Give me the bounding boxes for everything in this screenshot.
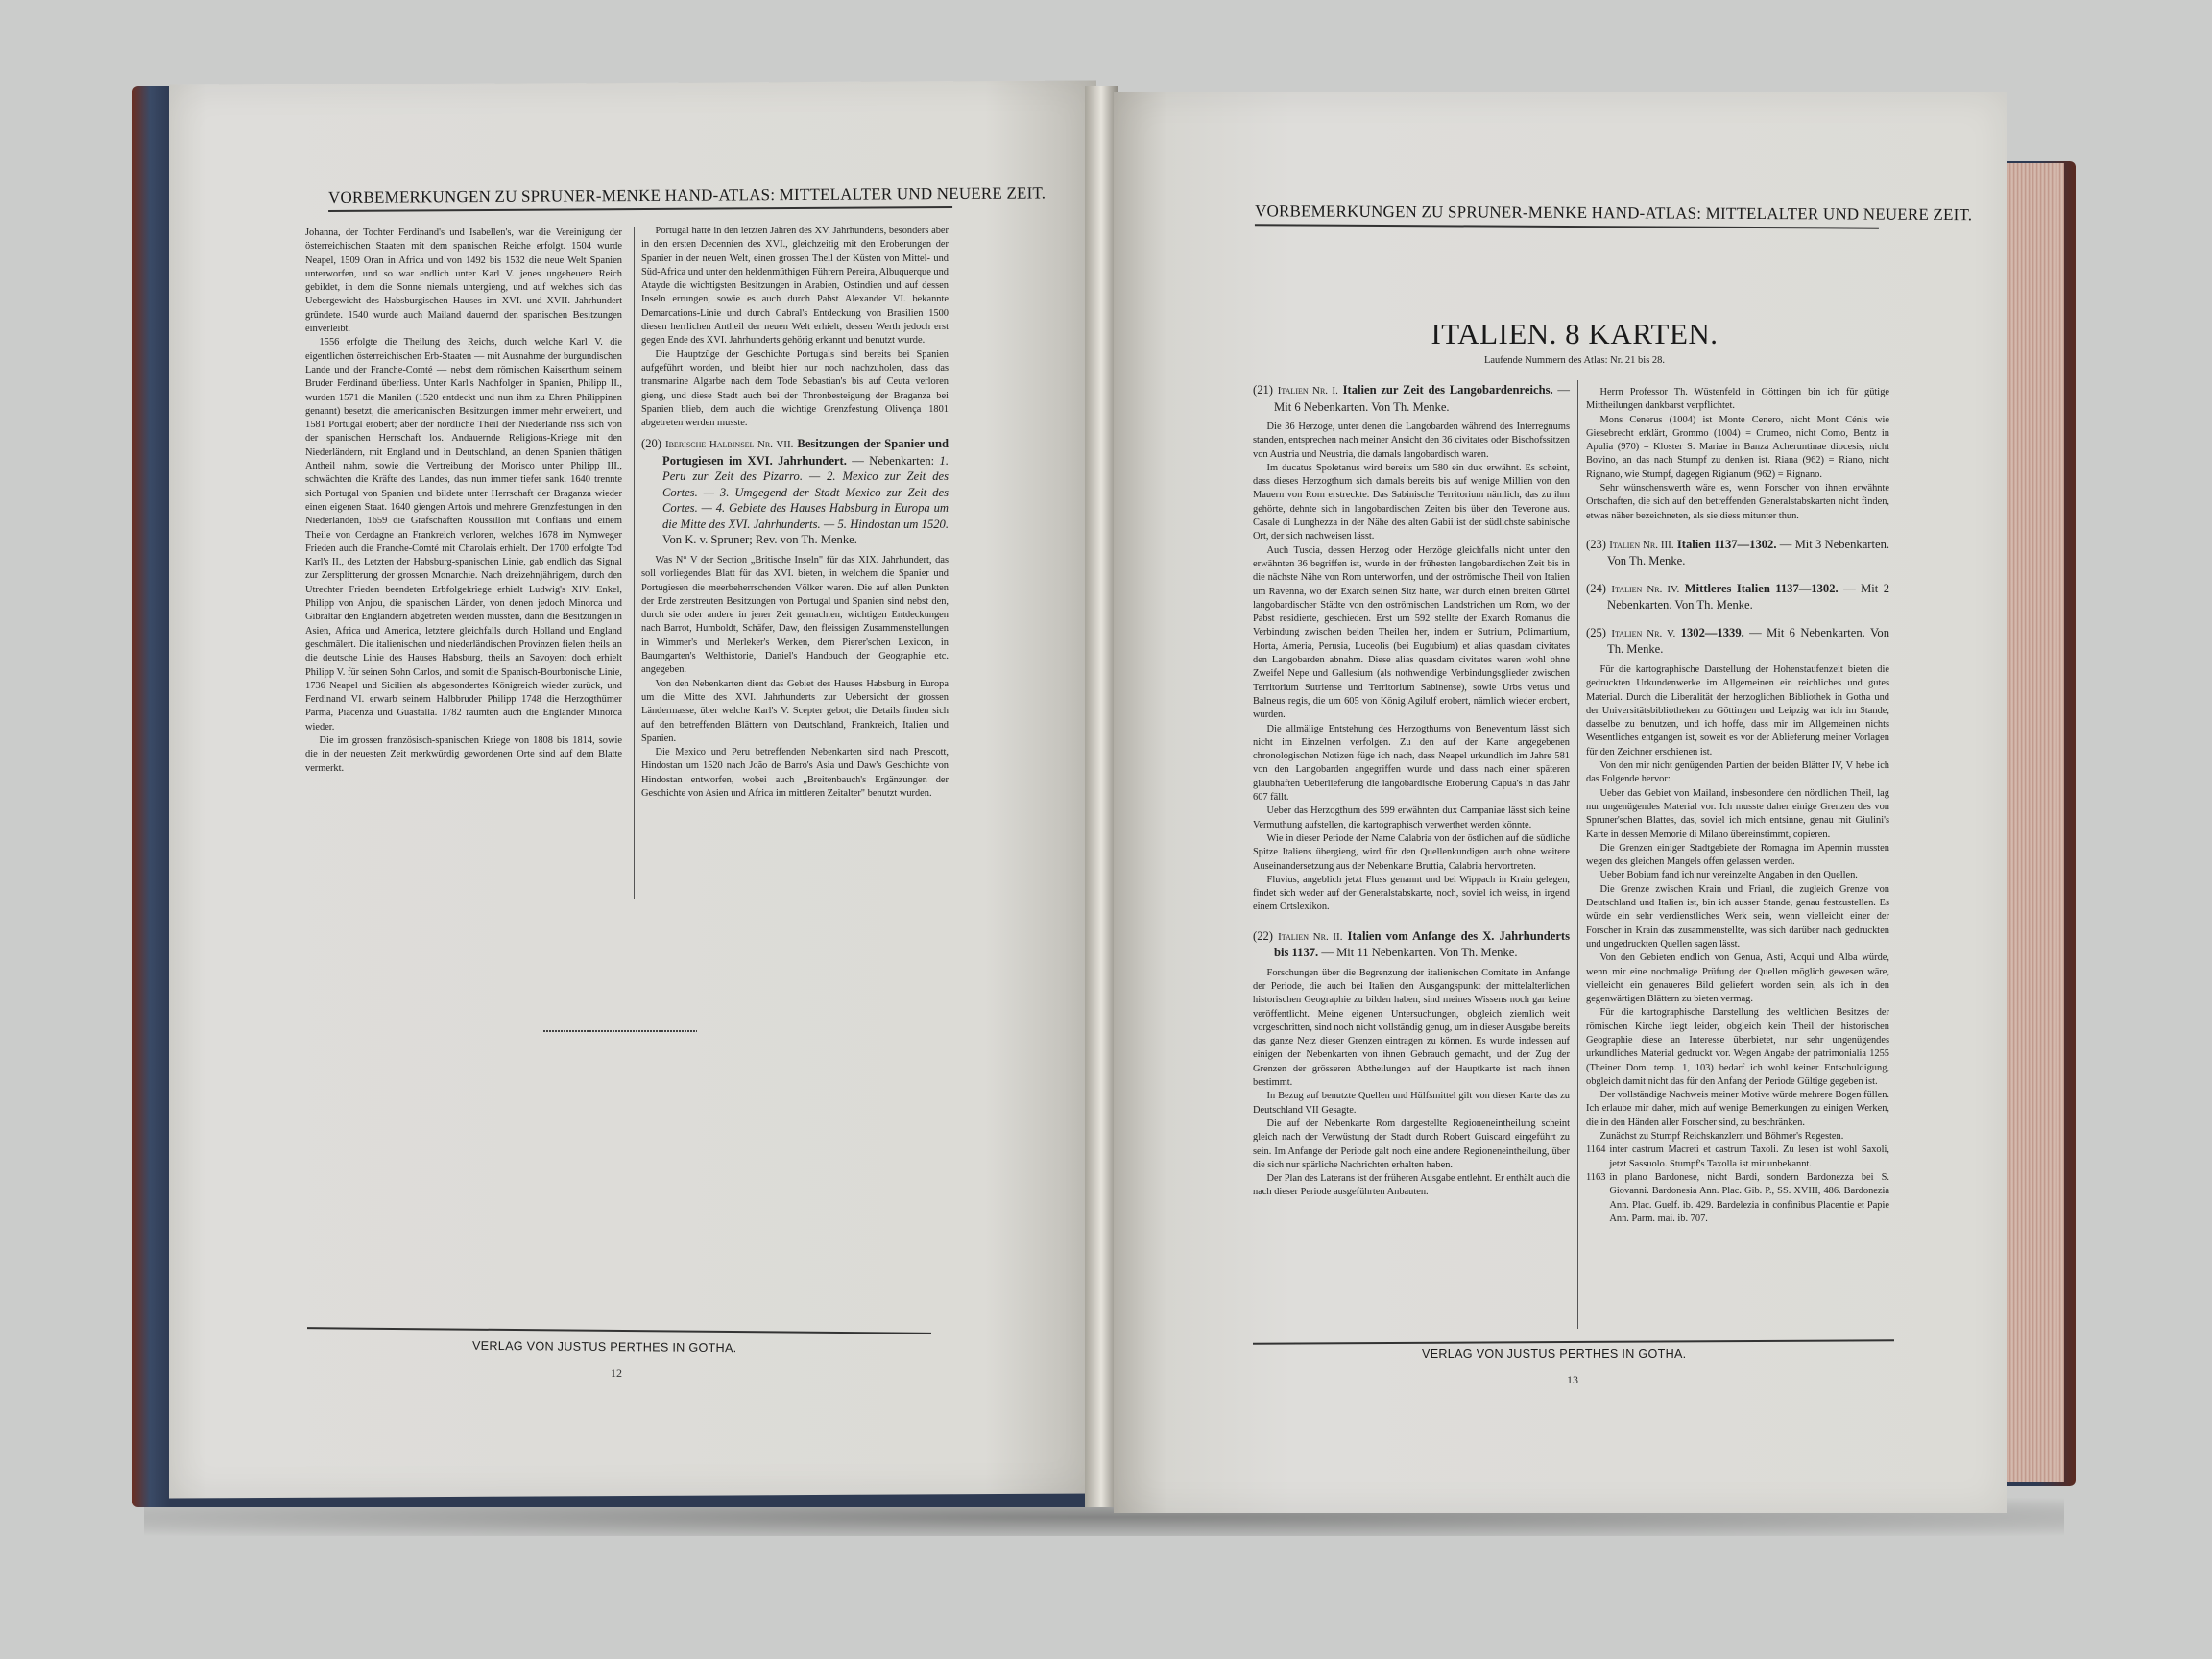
page-edges <box>2007 163 2064 1482</box>
paragraph: Portugal hatte in den letzten Jahren des… <box>641 225 949 349</box>
paragraph: Ueber das Herzogthum des 599 erwähnten d… <box>1253 805 1570 832</box>
note-1164: 1164 inter castrum Macreti et castrum Ta… <box>1586 1143 1889 1171</box>
paragraph: Der vollständige Nachweis meiner Motive … <box>1586 1089 1889 1130</box>
publisher-left: VERLAG VON JUSTUS PERTHES IN GOTHA. <box>472 1339 737 1355</box>
paragraph: Herrn Professor Th. Wüstenfeld in Göttin… <box>1586 386 1889 414</box>
section-title: ITALIEN. 8 KARTEN. <box>1248 317 1901 351</box>
paragraph: Die Grenze zwischen Krain und Friaul, di… <box>1586 883 1889 951</box>
page-number-left: 12 <box>611 1366 622 1381</box>
map-entry-24: (24) Italien Nr. IV. Mittleres Italien 1… <box>1586 581 1889 613</box>
map-entry-21: (21) Italien Nr. I. Italien zur Zeit des… <box>1253 382 1570 415</box>
map-entry-25: (25) Italien Nr. V. 1302—1339. — Mit 6 N… <box>1586 625 1889 658</box>
map-entry-20: (20) Iberische Halbinsel Nr. VII. Besitz… <box>641 436 949 548</box>
paragraph: Für die kartographische Darstellung der … <box>1586 663 1889 759</box>
paragraph: Zunächst zu Stumpf Reichskanzlern und Bö… <box>1586 1130 1889 1143</box>
map-entry-23: (23) Italien Nr. III. Italien 1137—1302.… <box>1586 537 1889 569</box>
running-header-right: VORBEMERKUNGEN ZU SPRUNER-MENKE HAND-ATL… <box>1255 202 1879 228</box>
paragraph: Fluvius, angeblich jetzt Fluss genannt u… <box>1253 874 1570 915</box>
column-divider <box>634 227 635 899</box>
paragraph: Für die kartographische Darstellung des … <box>1586 1006 1889 1089</box>
paragraph: Die Grenzen einiger Stadtgebiete der Rom… <box>1586 842 1889 870</box>
running-header-left: VORBEMERKUNGEN ZU SPRUNER-MENKE HAND-ATL… <box>328 184 952 212</box>
section-ornament <box>543 1030 697 1032</box>
paragraph: Die im grossen französisch-spanischen Kr… <box>305 734 622 776</box>
paragraph: Was N° V der Section „Britische Inseln" … <box>641 554 949 678</box>
paragraph: Im ducatus Spoletanus wird bereits um 58… <box>1253 462 1570 544</box>
paragraph: Johanna, der Tochter Ferdinand's und Isa… <box>305 227 622 336</box>
paragraph: Die Hauptzüge der Geschichte Portugals s… <box>641 349 949 431</box>
paragraph: Sehr wünschenswerth wäre es, wenn Forsch… <box>1586 482 1889 523</box>
note-1163: 1163 in plano Bardonese, nicht Bardi, so… <box>1586 1171 1889 1226</box>
paragraph: 1556 erfolgte die Theilung des Reichs, d… <box>305 336 622 734</box>
left-column-2: Portugal hatte in den letzten Jahren des… <box>641 225 949 801</box>
section-subtitle: Laufende Nummern des Atlas: Nr. 21 bis 2… <box>1248 355 1901 366</box>
map-entry-22: (22) Italien Nr. II. Italien vom Anfange… <box>1253 928 1570 961</box>
paragraph: Von den Nebenkarten dient das Gebiet des… <box>641 678 949 746</box>
book-gutter <box>1085 86 1118 1507</box>
left-column-1: Johanna, der Tochter Ferdinand's und Isa… <box>305 227 622 776</box>
paragraph: Wie in dieser Periode der Name Calabria … <box>1253 832 1570 874</box>
paragraph: Die 36 Herzoge, unter denen die Langobar… <box>1253 421 1570 462</box>
right-column-2: Herrn Professor Th. Wüstenfeld in Göttin… <box>1586 386 1889 1226</box>
paragraph: Auch Tuscia, dessen Herzog oder Herzöge … <box>1253 544 1570 723</box>
paragraph: Die auf der Nebenkarte Rom dargestellte … <box>1253 1118 1570 1172</box>
paragraph: Forschungen über die Begrenzung der ital… <box>1253 967 1570 1091</box>
paragraph: Mons Cenerus (1004) ist Monte Cenero, ni… <box>1586 414 1889 482</box>
paragraph: Von den Gebieten endlich von Genua, Asti… <box>1586 951 1889 1006</box>
paragraph: Von den mir nicht genügenden Partien der… <box>1586 759 1889 787</box>
paragraph: Ueber das Gebiet von Mailand, insbesonde… <box>1586 787 1889 842</box>
page-number-right: 13 <box>1567 1373 1578 1387</box>
paragraph: Die Mexico und Peru betreffenden Nebenka… <box>641 746 949 801</box>
right-column-1: (21) Italien Nr. I. Italien zur Zeit des… <box>1253 376 1570 1200</box>
paragraph: In Bezug auf benutzte Quellen und Hülfsm… <box>1253 1090 1570 1118</box>
paragraph: Der Plan des Laterans ist der früheren A… <box>1253 1172 1570 1200</box>
column-divider <box>1577 380 1578 1329</box>
paragraph: Die allmälige Entstehung des Herzogthums… <box>1253 723 1570 805</box>
publisher-right: VERLAG VON JUSTUS PERTHES IN GOTHA. <box>1422 1347 1687 1360</box>
paragraph: Ueber Bobium fand ich nur vereinzelte An… <box>1586 869 1889 882</box>
